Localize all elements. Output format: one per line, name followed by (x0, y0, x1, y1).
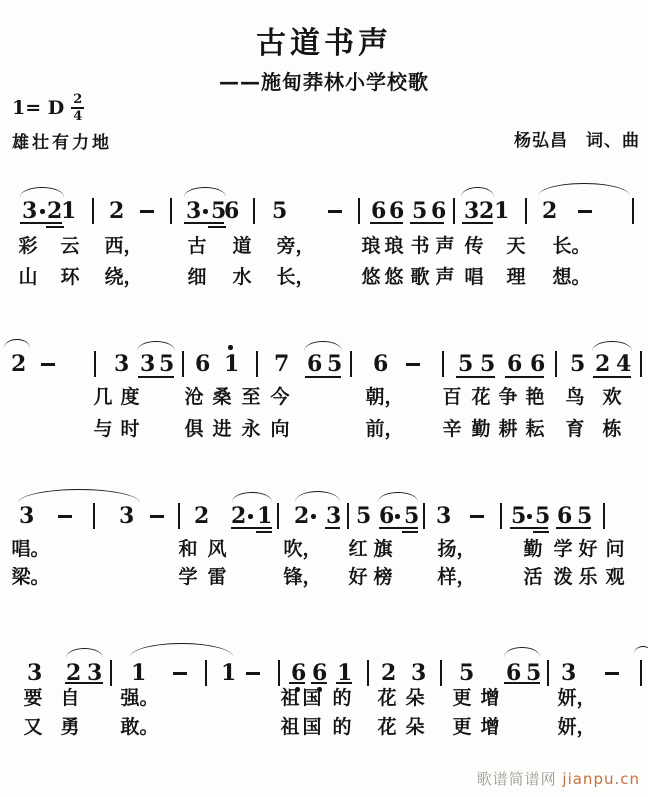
note-digit: 3 (114, 353, 129, 375)
lyric-char: 祖 (281, 718, 300, 737)
lyric-char: 鸟 (566, 388, 585, 407)
note-digit: 6 (373, 353, 388, 375)
watermark-site-link[interactable]: jianpu.cn (562, 770, 640, 788)
note-digit: 3 (140, 353, 155, 375)
lyric-char: 西， (105, 237, 143, 256)
lyric-char: 要 (24, 689, 43, 708)
duration-dash (578, 210, 592, 213)
underline (510, 527, 548, 529)
lyric-char: 歌 (411, 268, 430, 287)
duration-dash (470, 515, 484, 518)
lyric-char: 前， (366, 420, 404, 439)
lyric-char: 红 (349, 540, 368, 559)
octave-dot-high (228, 345, 233, 350)
barline (94, 351, 96, 377)
lyric-char: 更 (453, 689, 472, 708)
barline (92, 198, 94, 224)
note-digit: 3 (22, 200, 37, 222)
note-digit: 6 (371, 200, 386, 222)
note-digit: 5 (412, 200, 427, 222)
barline (278, 660, 280, 686)
double-underline (402, 531, 418, 533)
lyric-char: 声 (436, 237, 455, 256)
barline (453, 198, 455, 224)
note-digit: 5 (526, 662, 541, 684)
slur-arc (137, 341, 175, 351)
double-underline (46, 226, 64, 228)
lyric-char: 琅 (385, 237, 404, 256)
note-digit: 3 (19, 505, 34, 527)
time-numerator: 2 (73, 93, 82, 106)
slur-arc (461, 187, 494, 197)
note-digit: 4 (616, 353, 631, 375)
lyric-char: 勇 (61, 718, 80, 737)
slur-arc (304, 341, 342, 351)
underline (593, 376, 631, 378)
note-digit: 5 (327, 353, 342, 375)
lyric-char: 声 (436, 268, 455, 287)
note-digit: 2 (11, 353, 26, 375)
lyric-char: 育 (566, 420, 585, 439)
note-digit: 5 (459, 662, 474, 684)
duration-dash (173, 672, 187, 675)
time-signature: 2 4 (71, 93, 84, 123)
note-digit: 3 (561, 662, 576, 684)
lyric-char: 争 (499, 388, 518, 407)
barline (525, 198, 527, 224)
note-digit: 3 (186, 200, 201, 222)
underline (305, 376, 341, 378)
slur-arc (634, 646, 648, 654)
note-digit: 2 (231, 505, 246, 527)
lyric-char: 花 (378, 718, 397, 737)
underline (138, 376, 174, 378)
lyric-char: 和 (179, 540, 198, 559)
lyric-char: 栋 (603, 420, 622, 439)
duration-dash (328, 210, 342, 213)
slur-arc (4, 339, 30, 348)
lyric-char: 唱。 (12, 540, 50, 559)
note-digit: 6 (291, 662, 306, 684)
note-digit: 3 (411, 662, 426, 684)
lyric-char: 书 (411, 237, 430, 256)
note-digit: 2 (595, 353, 610, 375)
note-digit: 6 (507, 353, 522, 375)
lyric-char: 旁， (277, 237, 315, 256)
lyric-char: 耘 (526, 420, 545, 439)
barline (640, 351, 642, 377)
underline (462, 222, 493, 224)
lyric-char: 榜 (374, 568, 393, 587)
song-subtitle: ——施甸莽林小学校歌 (0, 66, 648, 95)
underline (231, 527, 272, 529)
note-digit: 6 (506, 662, 521, 684)
lyric-char: 观 (606, 568, 625, 587)
lyric-char: 与 (94, 420, 113, 439)
lyric-char: 度 (121, 388, 140, 407)
slur-arc (18, 489, 140, 503)
lyric-char: 雷 (208, 568, 227, 587)
lyric-char: 彩 (19, 237, 38, 256)
note-digit: 3 (119, 505, 134, 527)
rhythm-dot (40, 209, 45, 214)
barline (440, 660, 442, 686)
lyric-char: 的 (333, 718, 352, 737)
lyric-char: 好 (579, 540, 598, 559)
note-digit: 6 (195, 353, 210, 375)
slur-arc (295, 491, 340, 502)
lyric-char: 水 (233, 268, 252, 287)
note-digit: 6 (379, 505, 394, 527)
lyric-char: 花 (378, 689, 397, 708)
double-underline (533, 531, 549, 533)
lyric-char: 朵 (406, 689, 425, 708)
key-label: 1= D (12, 97, 64, 119)
lyric-char: 山 (19, 268, 38, 287)
lyric-char: 传 (465, 237, 484, 256)
lyric-char: 祖 (281, 689, 300, 708)
barline (182, 351, 184, 377)
underline (410, 222, 444, 224)
note-digit: 3 (87, 662, 102, 684)
lyric-char: 至 (242, 388, 261, 407)
lyric-char: 妍， (558, 689, 596, 708)
note-digit: 2 (109, 200, 124, 222)
underline (311, 682, 327, 684)
underline (456, 376, 495, 378)
note-digit: 1 (61, 200, 76, 222)
lyric-char: 细 (188, 268, 207, 287)
lyric-char: 锋， (284, 568, 322, 587)
lyric-char: 俱 (185, 420, 204, 439)
duration-dash (140, 210, 154, 213)
rhythm-dot (311, 514, 316, 519)
lyric-char: 进 (213, 420, 232, 439)
lyric-char: 泼 (554, 568, 573, 587)
slur-arc (538, 183, 630, 196)
barline (93, 503, 95, 529)
barline (110, 660, 112, 686)
lyric-char: 向 (271, 420, 290, 439)
note-digit: 1 (337, 662, 352, 684)
lyric-char: 风 (208, 540, 227, 559)
barline (442, 351, 444, 377)
note-digit: 6 (431, 200, 446, 222)
note-digit: 2 (194, 505, 209, 527)
lyric-char: 旗 (374, 540, 393, 559)
lyric-char: 花 (472, 388, 491, 407)
lyric-char: 活 (524, 568, 543, 587)
lyric-char: 今 (271, 388, 290, 407)
lyric-char: 勤 (472, 420, 491, 439)
lyric-char: 又 (24, 718, 43, 737)
underline (289, 682, 305, 684)
slur-arc (592, 341, 632, 351)
barline (178, 503, 180, 529)
underline (184, 222, 224, 224)
lyric-char: 样， (438, 568, 476, 587)
song-title: 古道书声 (0, 18, 648, 62)
note-digit: 6 (557, 505, 572, 527)
time-denominator: 4 (73, 110, 82, 123)
note-digit: 2 (381, 662, 396, 684)
lyric-char: 唱 (465, 268, 484, 287)
lyric-char: 理 (507, 268, 526, 287)
lyric-char: 沧 (185, 388, 204, 407)
lyric-char: 扬， (438, 540, 476, 559)
note-digit: 7 (274, 353, 289, 375)
double-underline (256, 531, 272, 533)
lyric-char: 琅 (362, 237, 381, 256)
slur-arc (378, 492, 418, 502)
key-signature: 1= D 2 4 (12, 93, 84, 123)
barline (423, 503, 425, 529)
slur-arc (66, 648, 103, 658)
barline (547, 660, 549, 686)
note-digit: 2 (479, 200, 494, 222)
duration-dash (58, 515, 72, 518)
lyric-char: 问 (606, 540, 625, 559)
lyric-char: 长。 (553, 237, 591, 256)
barline (253, 198, 255, 224)
note-digit: 6 (224, 200, 239, 222)
note-digit: 5 (570, 353, 585, 375)
barline (170, 198, 172, 224)
lyric-char: 环 (61, 268, 80, 287)
barline (205, 660, 207, 686)
note-digit: 1 (221, 662, 236, 684)
barline (603, 503, 605, 529)
barline (555, 351, 557, 377)
barline (367, 660, 369, 686)
note-digit: 6 (530, 353, 545, 375)
lyric-char: 增 (481, 718, 500, 737)
duration-dash (41, 363, 55, 366)
barline (640, 660, 642, 686)
lyric-char: 永 (242, 420, 261, 439)
note-digit: 3 (27, 662, 42, 684)
lyric-char: 增 (481, 689, 500, 708)
duration-dash (406, 363, 420, 366)
underline (379, 527, 418, 529)
rhythm-dot (248, 514, 253, 519)
barline (632, 198, 634, 224)
rhythm-dot (395, 514, 400, 519)
underline (370, 222, 403, 224)
lyric-char: 朵 (406, 718, 425, 737)
barline (277, 503, 279, 529)
lyric-char: 敢。 (121, 718, 159, 737)
rhythm-dot (203, 209, 208, 214)
note-digit: 5 (577, 505, 592, 527)
double-underline (208, 226, 226, 228)
lyric-char: 自 (61, 689, 80, 708)
note-digit: 2 (542, 200, 557, 222)
lyric-char: 艳 (526, 388, 545, 407)
lyric-char: 学 (179, 568, 198, 587)
note-digit: 2 (66, 662, 81, 684)
note-digit: 1 (494, 200, 509, 222)
lyric-char: 古 (188, 237, 207, 256)
underline (20, 222, 62, 224)
note-digit: 3 (464, 200, 479, 222)
lyric-char: 国 (303, 689, 322, 708)
lyric-char: 妍， (558, 718, 596, 737)
lyric-char: 更 (453, 718, 472, 737)
note-digit: 5 (480, 353, 495, 375)
rhythm-dot (527, 514, 532, 519)
underline (325, 527, 340, 529)
composer-credit: 杨弘昌 词、曲 (514, 126, 640, 151)
note-digit: 5 (404, 505, 419, 527)
lyric-char: 的 (333, 689, 352, 708)
underline (65, 682, 103, 684)
lyric-char: 学 (554, 540, 573, 559)
lyric-char: 百 (443, 388, 462, 407)
lyric-char: 梁。 (12, 568, 50, 587)
note-digit: 1 (257, 505, 272, 527)
lyric-char: 欢 (603, 388, 622, 407)
duration-dash (605, 672, 619, 675)
barline (256, 351, 258, 377)
lyric-char: 乐 (579, 568, 598, 587)
slur-arc (232, 492, 272, 502)
slur-arc (130, 643, 233, 657)
lyric-char: 天 (507, 237, 526, 256)
lyric-char: 长， (277, 268, 315, 287)
lyric-char: 道 (233, 237, 252, 256)
underline (505, 376, 544, 378)
slur-arc (184, 187, 226, 197)
lyric-char: 时 (121, 420, 140, 439)
underline (504, 682, 540, 684)
lyric-char: 几 (94, 388, 113, 407)
slur-arc (20, 187, 64, 197)
note-digit: 1 (131, 662, 146, 684)
underline (336, 682, 352, 684)
lyric-char: 朝， (366, 388, 404, 407)
note-digit: 5 (511, 505, 526, 527)
lyric-char: 桑 (213, 388, 232, 407)
lyric-char: 国 (303, 718, 322, 737)
note-digit: 6 (312, 662, 327, 684)
note-digit: 5 (458, 353, 473, 375)
lyric-char: 吹， (284, 540, 322, 559)
lyric-char: 辛 (443, 420, 462, 439)
duration-dash (150, 515, 164, 518)
lyric-char: 强。 (121, 689, 159, 708)
note-digit: 5 (272, 200, 287, 222)
note-digit: 6 (307, 353, 322, 375)
note-digit: 5 (159, 353, 174, 375)
note-digit: 5 (356, 505, 371, 527)
lyric-char: 勤 (524, 540, 543, 559)
slur-arc (504, 647, 540, 657)
note-digit: 3 (326, 505, 341, 527)
lyric-char: 想。 (553, 268, 591, 287)
tempo-marking: 雄壮有力地 (12, 128, 112, 153)
lyric-char: 悠 (385, 268, 404, 287)
note-digit: 2 (294, 505, 309, 527)
underline (556, 527, 591, 529)
lyric-char: 绕， (105, 268, 143, 287)
barline (500, 503, 502, 529)
lyric-char: 耕 (499, 420, 518, 439)
note-digit: 3 (436, 505, 451, 527)
note-digit: 1 (224, 353, 239, 375)
note-digit: 6 (389, 200, 404, 222)
lyric-char: 云 (61, 237, 80, 256)
barline (358, 198, 360, 224)
watermark: 歌谱简谱网 jianpu.cn (477, 768, 640, 789)
lyric-char: 悠 (362, 268, 381, 287)
note-digit: 5 (535, 505, 550, 527)
watermark-site-name: 歌谱简谱网 (477, 770, 557, 788)
barline (350, 351, 352, 377)
lyric-char: 好 (349, 568, 368, 587)
duration-dash (246, 672, 260, 675)
barline (347, 503, 349, 529)
